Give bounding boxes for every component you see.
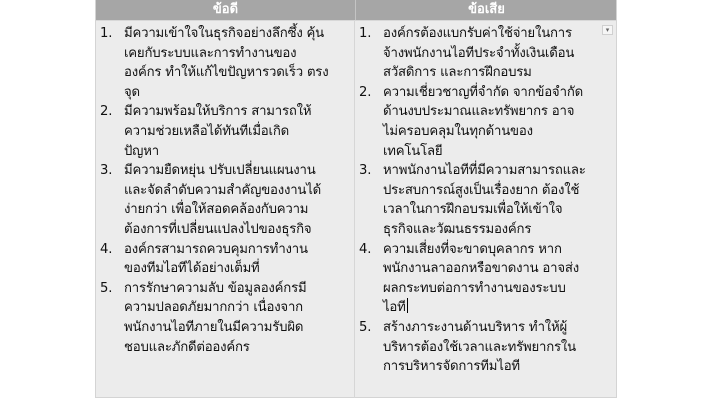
header-pros[interactable]: ข้อดี	[96, 0, 356, 20]
item-number: 5.	[359, 318, 383, 377]
pros-item: 2. มีความพร้อมให้บริการ สามารถให้ ความช่…	[100, 102, 348, 161]
item-text: มีความพร้อมให้บริการ สามารถให้ ความช่วยเ…	[124, 102, 348, 161]
cons-cell[interactable]: ▾ 1. องค์กรต้องแบกรับค่าใช้จ่ายในการ จ้า…	[355, 21, 616, 398]
pros-item: 4. องค์กรสามารถควบคุมการทำงาน ของทีมไอที…	[100, 240, 348, 279]
item-number: 2.	[359, 83, 383, 161]
item-text: มีความเข้าใจในธุรกิจอย่างลึกซึ้ง คุ้น เค…	[124, 24, 348, 102]
pros-item: 1. มีความเข้าใจในธุรกิจอย่างลึกซึ้ง คุ้น…	[100, 24, 348, 102]
pros-list: 1. มีความเข้าใจในธุรกิจอย่างลึกซึ้ง คุ้น…	[100, 24, 348, 357]
item-number: 3.	[100, 161, 124, 239]
cons-list: 1. องค์กรต้องแบกรับค่าใช้จ่ายในการ จ้างพ…	[359, 24, 610, 377]
item-text: สร้างภาระงานด้านบริหาร ทำให้ผู้ บริหารต้…	[383, 318, 610, 377]
item-number: 2.	[100, 102, 124, 161]
text-cursor	[407, 298, 408, 313]
item-number: 3.	[359, 161, 383, 239]
pros-item: 3. มีความยืดหยุ่น ปรับเปลี่ยนแผนงาน และจ…	[100, 161, 348, 239]
pros-cell[interactable]: 1. มีความเข้าใจในธุรกิจอย่างลึกซึ้ง คุ้น…	[96, 21, 355, 398]
chevron-down-icon[interactable]: ▾	[602, 25, 613, 35]
cons-item: 1. องค์กรต้องแบกรับค่าใช้จ่ายในการ จ้างพ…	[359, 24, 610, 83]
cons-item: 5. สร้างภาระงานด้านบริหาร ทำให้ผู้ บริหา…	[359, 318, 610, 377]
item-number: 5.	[100, 279, 124, 357]
item-text: มีความยืดหยุ่น ปรับเปลี่ยนแผนงาน และจัดล…	[124, 161, 348, 239]
pros-item: 5. การรักษาความลับ ข้อมูลองค์กรมี ความปล…	[100, 279, 348, 357]
item-number: 4.	[100, 240, 124, 279]
item-text: ความเชี่ยวชาญที่จำกัด จากข้อจำกัด ด้านงบ…	[383, 83, 610, 161]
table-header-row: ข้อดี ข้อเสีย	[96, 0, 616, 21]
item-text: องค์กรต้องแบกรับค่าใช้จ่ายในการ จ้างพนัก…	[383, 24, 610, 83]
item-number: 1.	[359, 24, 383, 83]
item-number: 4.	[359, 240, 383, 318]
item-number: 1.	[100, 24, 124, 102]
pros-cons-table: ข้อดี ข้อเสีย 1. มีความเข้าใจในธุรกิจอย่…	[95, 0, 617, 398]
item-text: หาพนักงานไอทีที่มีความสามารถและ ประสบการ…	[383, 161, 610, 239]
table-body-row: 1. มีความเข้าใจในธุรกิจอย่างลึกซึ้ง คุ้น…	[96, 21, 616, 398]
item-text: การรักษาความลับ ข้อมูลองค์กรมี ความปลอดภ…	[124, 279, 348, 357]
cons-item: 3. หาพนักงานไอทีที่มีความสามารถและ ประสบ…	[359, 161, 610, 239]
item-text: องค์กรสามารถควบคุมการทำงาน ของทีมไอทีได้…	[124, 240, 348, 279]
item-text-content: ความเสี่ยงที่จะขาดบุคลากร หาก พนักงานลาอ…	[383, 242, 579, 316]
cons-item: 4. ความเสี่ยงที่จะขาดบุคลากร หาก พนักงาน…	[359, 240, 610, 318]
item-text: ความเสี่ยงที่จะขาดบุคลากร หาก พนักงานลาอ…	[383, 240, 610, 318]
header-cons[interactable]: ข้อเสีย	[356, 0, 617, 20]
cons-item: 2. ความเชี่ยวชาญที่จำกัด จากข้อจำกัด ด้า…	[359, 83, 610, 161]
